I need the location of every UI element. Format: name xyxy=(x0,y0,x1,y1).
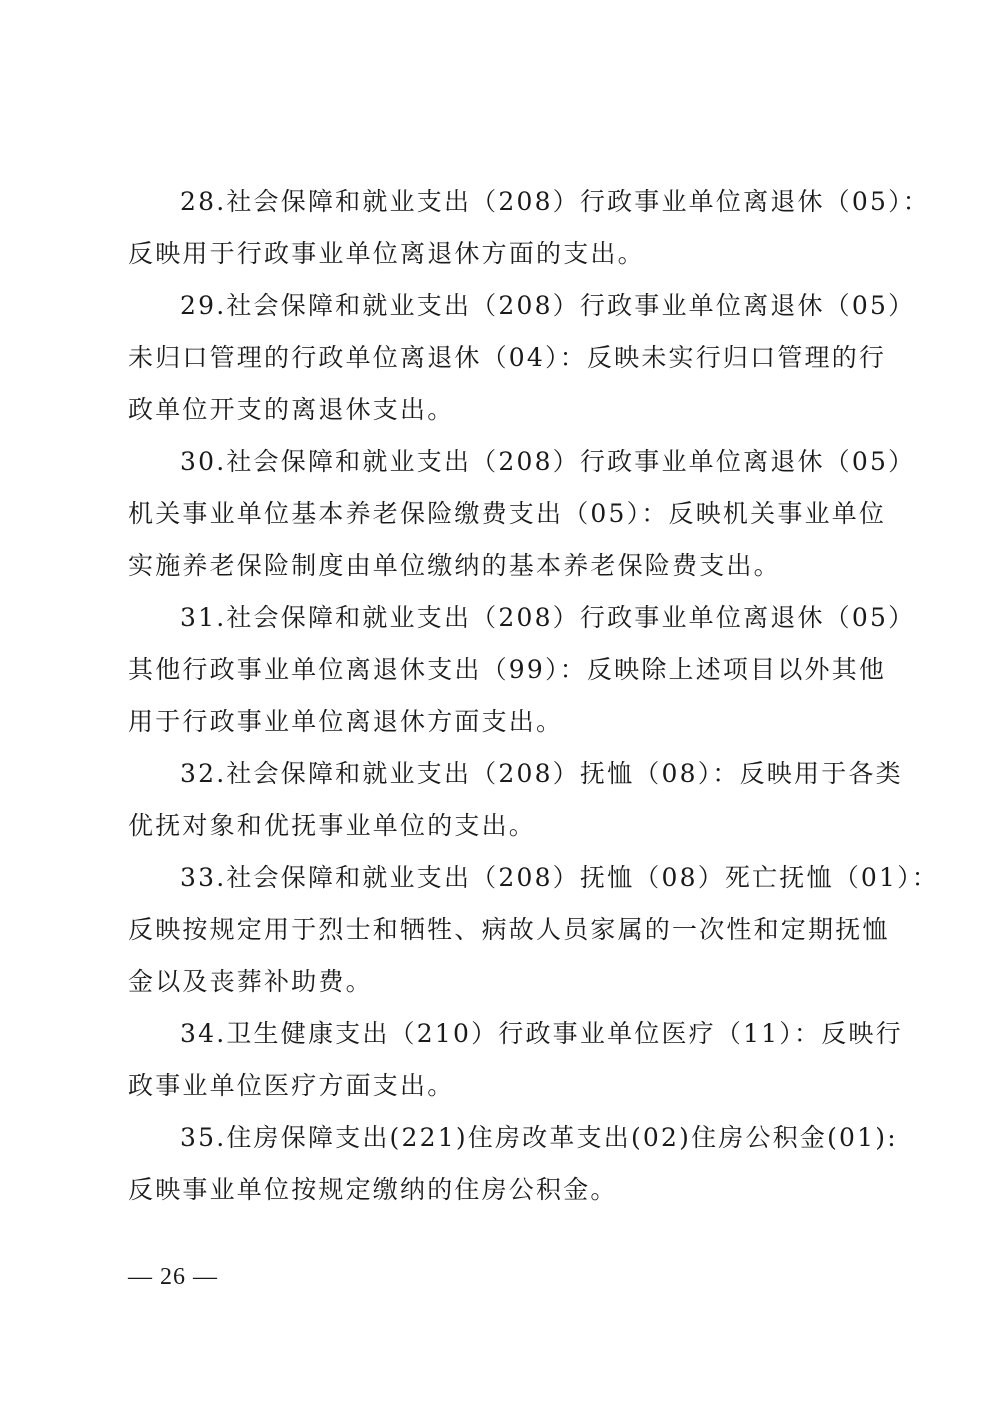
paragraph-line: 反映事业单位按规定缴纳的住房公积金。 xyxy=(128,1164,866,1216)
paragraph-line: 35.住房保障支出(221)住房改革支出(02)住房公积金(01): xyxy=(128,1112,866,1164)
paragraph-34: 34.卫生健康支出（210）行政事业单位医疗（11）：反映行 政事业单位医疗方面… xyxy=(128,1008,866,1112)
paragraph-30: 30.社会保障和就业支出（208）行政事业单位离退休（05） 机关事业单位基本养… xyxy=(128,436,866,592)
paragraph-29: 29.社会保障和就业支出（208）行政事业单位离退休（05） 未归口管理的行政单… xyxy=(128,280,866,436)
paragraph-line: 实施养老保险制度由单位缴纳的基本养老保险费支出。 xyxy=(128,540,866,592)
paragraph-line: 政单位开支的离退休支出。 xyxy=(128,384,866,436)
page-number: — 26 — xyxy=(128,1262,218,1292)
paragraph-line: 优抚对象和优抚事业单位的支出。 xyxy=(128,800,866,852)
paragraph-line: 34.卫生健康支出（210）行政事业单位医疗（11）：反映行 xyxy=(128,1008,866,1060)
paragraph-line: 未归口管理的行政单位离退休（04）：反映未实行归口管理的行 xyxy=(128,332,866,384)
paragraph-line: 机关事业单位基本养老保险缴费支出（05）：反映机关事业单位 xyxy=(128,488,866,540)
paragraph-line: 33.社会保障和就业支出（208）抚恤（08）死亡抚恤（01）： xyxy=(128,852,866,904)
paragraph-line: 29.社会保障和就业支出（208）行政事业单位离退休（05） xyxy=(128,280,866,332)
paragraph-line: 用于行政事业单位离退休方面支出。 xyxy=(128,696,866,748)
paragraph-31: 31.社会保障和就业支出（208）行政事业单位离退休（05） 其他行政事业单位离… xyxy=(128,592,866,748)
paragraph-line: 31.社会保障和就业支出（208）行政事业单位离退休（05） xyxy=(128,592,866,644)
paragraph-33: 33.社会保障和就业支出（208）抚恤（08）死亡抚恤（01）： 反映按规定用于… xyxy=(128,852,866,1008)
paragraph-line: 28.社会保障和就业支出（208）行政事业单位离退休（05）： xyxy=(128,176,866,228)
paragraph-line: 政事业单位医疗方面支出。 xyxy=(128,1060,866,1112)
paragraph-line: 其他行政事业单位离退休支出（99）：反映除上述项目以外其他 xyxy=(128,644,866,696)
paragraph-line: 32.社会保障和就业支出（208）抚恤（08）：反映用于各类 xyxy=(128,748,866,800)
paragraph-line: 反映用于行政事业单位离退休方面的支出。 xyxy=(128,228,866,280)
document-body: 28.社会保障和就业支出（208）行政事业单位离退休（05）： 反映用于行政事业… xyxy=(128,176,866,1216)
paragraph-32: 32.社会保障和就业支出（208）抚恤（08）：反映用于各类 优抚对象和优抚事业… xyxy=(128,748,866,852)
paragraph-line: 反映按规定用于烈士和牺牲、病故人员家属的一次性和定期抚恤 xyxy=(128,904,866,956)
paragraph-line: 30.社会保障和就业支出（208）行政事业单位离退休（05） xyxy=(128,436,866,488)
paragraph-35: 35.住房保障支出(221)住房改革支出(02)住房公积金(01): 反映事业单… xyxy=(128,1112,866,1216)
paragraph-line: 金以及丧葬补助费。 xyxy=(128,956,866,1008)
paragraph-28: 28.社会保障和就业支出（208）行政事业单位离退休（05）： 反映用于行政事业… xyxy=(128,176,866,280)
